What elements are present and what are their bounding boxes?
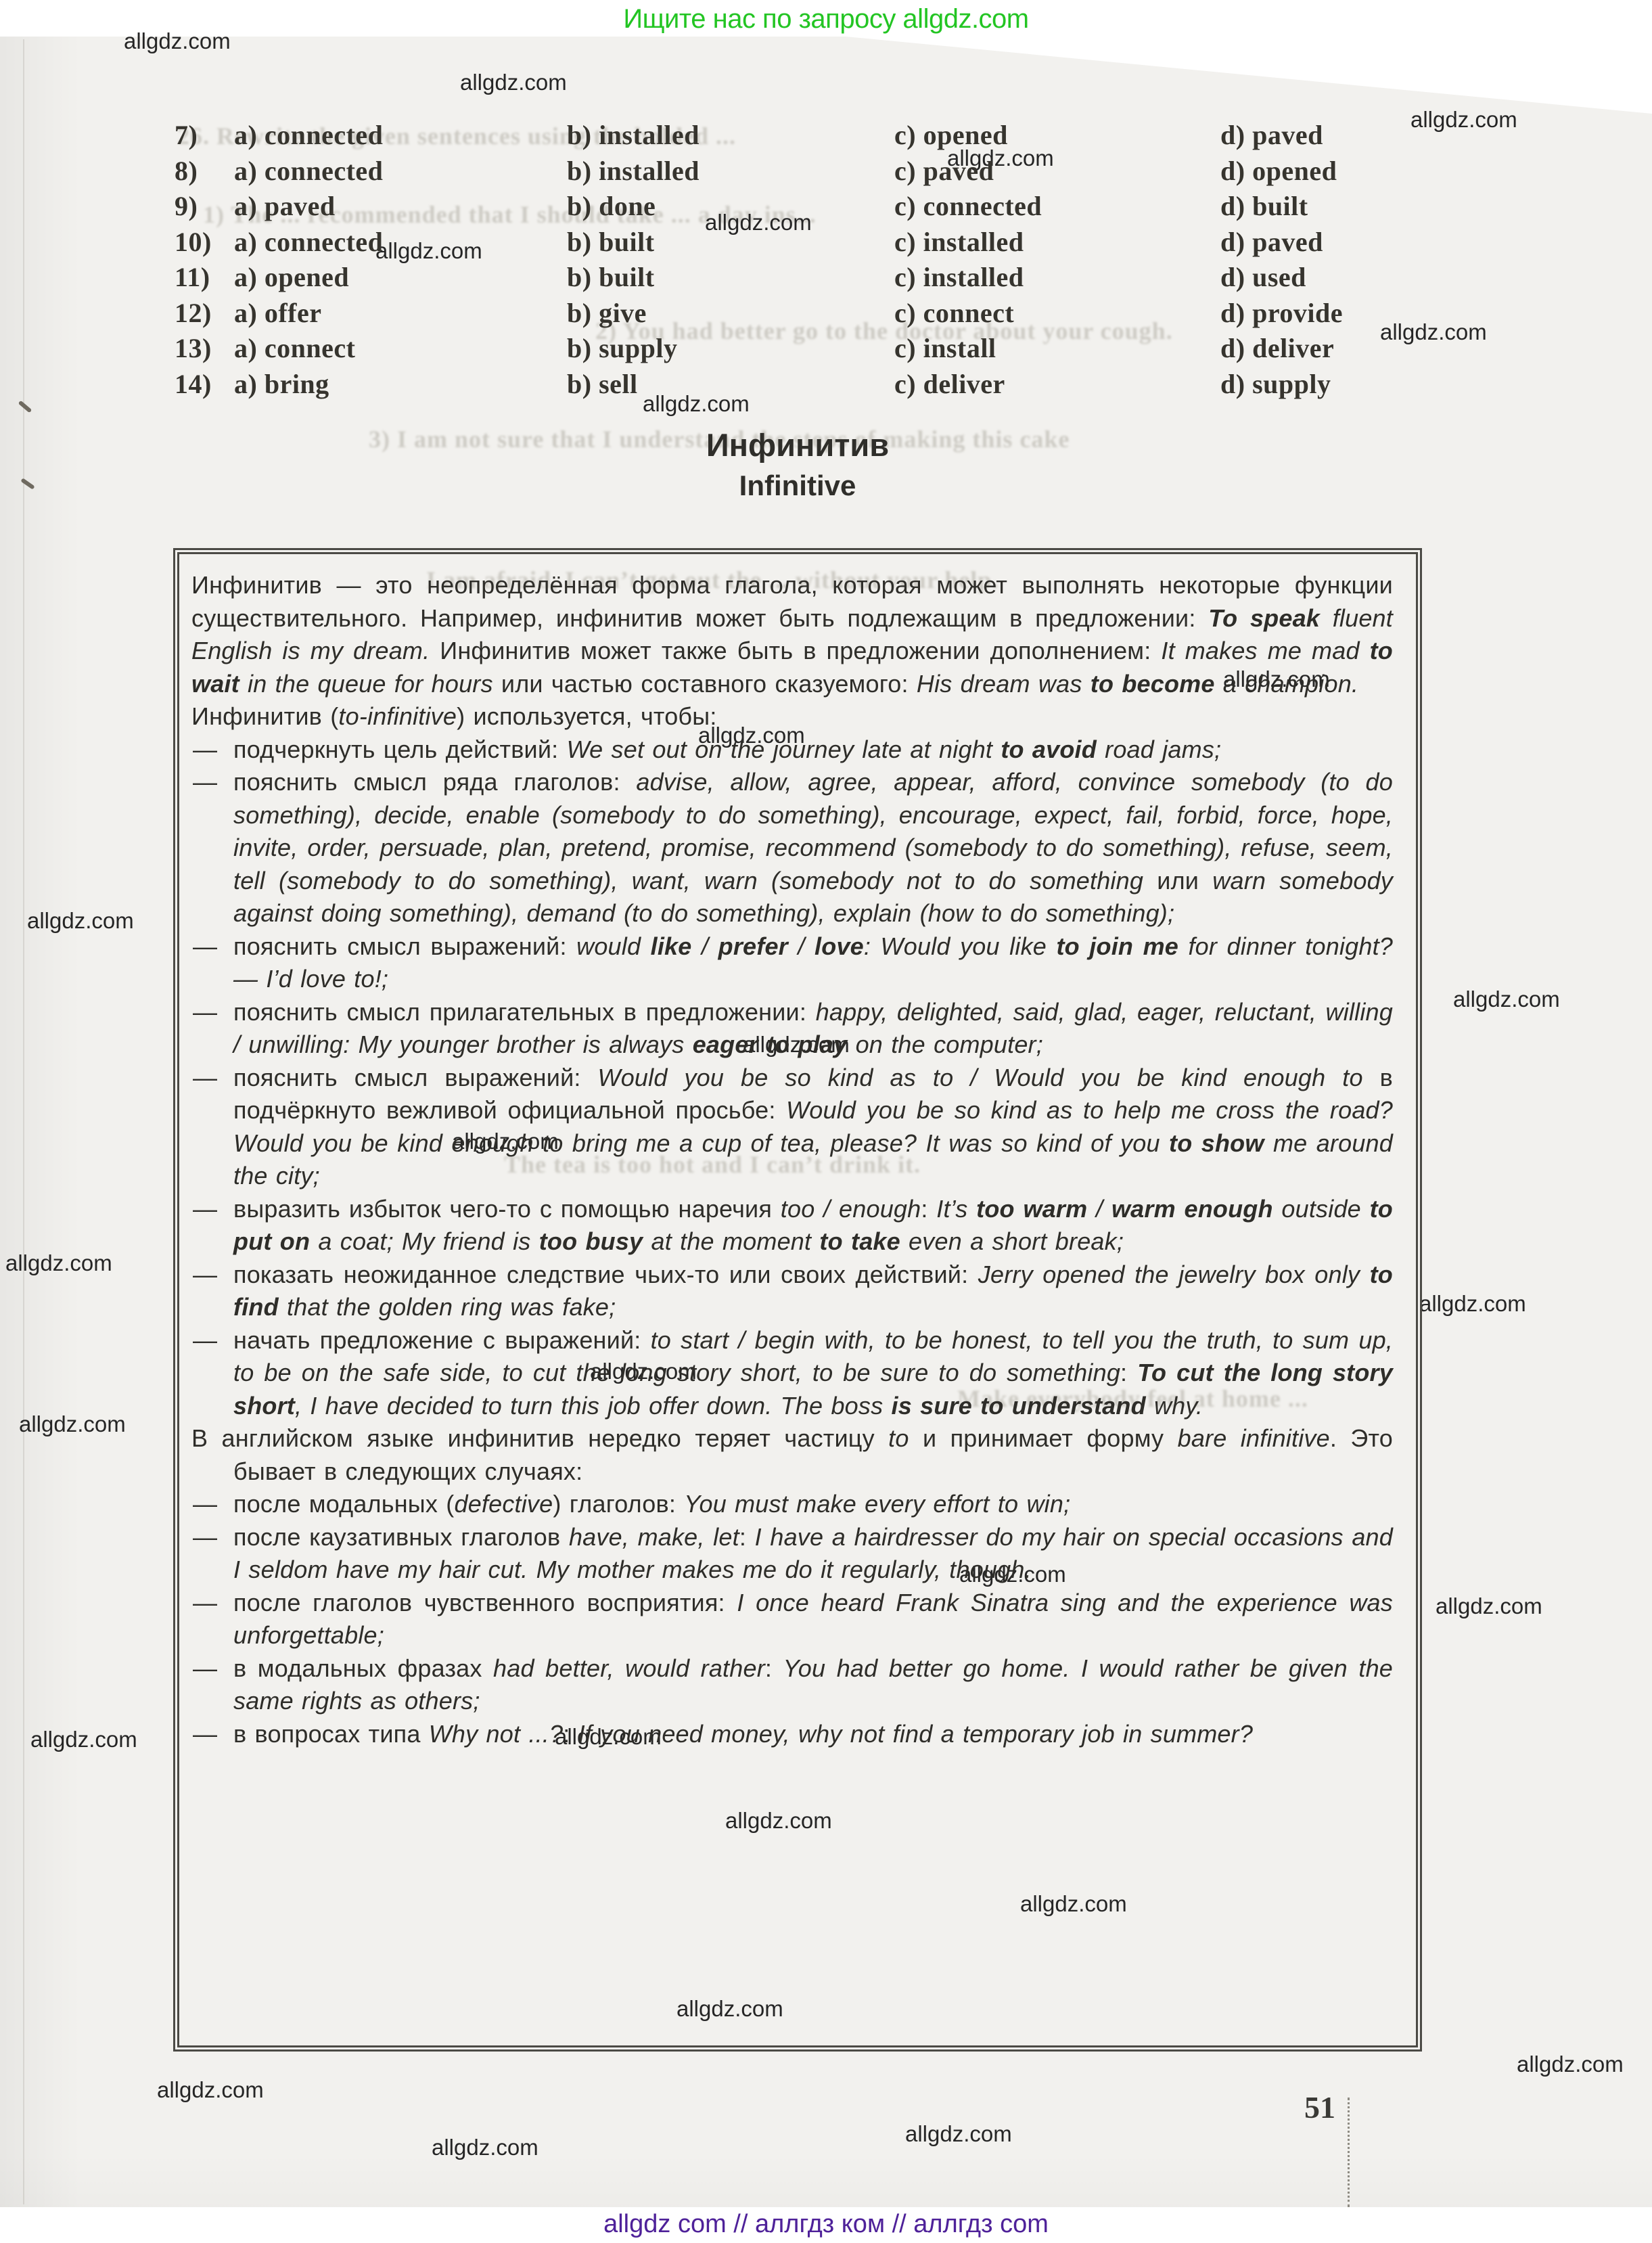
watermark-allgdz: allgdz.com — [1419, 1291, 1526, 1317]
bullet-text: в модальных фразах had better, would rat… — [233, 1654, 1393, 1715]
grammar-rule-box: Инфинитив — это неопределённая форма гла… — [173, 548, 1422, 2052]
option-a: a) connect — [234, 332, 355, 364]
option-b: b) installed — [567, 155, 699, 187]
option-d: d) deliver — [1220, 332, 1334, 364]
bullet-dash: — — [193, 1652, 217, 1685]
bullet-dash: — — [193, 1488, 217, 1521]
bare-infinitive-case-item: —в модальных фразах had better, would ra… — [191, 1652, 1393, 1718]
question-number: 14) — [175, 368, 212, 400]
option-c: c) installed — [894, 261, 1024, 293]
to-infinitive-uses-list: —подчеркнуть цель действий: We set out o… — [191, 733, 1393, 1423]
question-number: 11) — [175, 261, 210, 293]
bullet-dash: — — [193, 1259, 217, 1292]
bullet-text: показать неожиданное следствие чьих-то и… — [233, 1261, 1393, 1321]
option-c: c) deliver — [894, 368, 1005, 400]
watermark-allgdz: allgdz.com — [905, 2121, 1012, 2147]
option-d: d) opened — [1220, 155, 1337, 187]
bullet-text: в вопросах типа Why not ...?: If you nee… — [233, 1720, 1253, 1748]
bullet-text: выразить избыток чего-то с помощью нареч… — [233, 1195, 1393, 1256]
option-c: c) connect — [894, 297, 1014, 329]
section-title-english: Infinitive — [173, 470, 1422, 502]
bare-infinitive-cases-list: —после модальных (defective) глаголов: Y… — [191, 1488, 1393, 1750]
option-c: c) connected — [894, 190, 1042, 222]
bullet-dash: — — [193, 1587, 217, 1620]
infinitive-uses-intro: Инфинитив (to-infinitive) используется, … — [191, 700, 1393, 733]
bullet-text: пояснить смысл ряда глаголов: advise, al… — [233, 768, 1393, 927]
watermark-allgdz: allgdz.com — [375, 238, 482, 264]
bullet-dash: — — [193, 1193, 217, 1226]
watermark-allgdz: allgdz.com — [1410, 107, 1517, 133]
option-a: a) bring — [234, 368, 329, 400]
question-number: 10) — [175, 226, 212, 258]
question-number: 8) — [175, 155, 198, 187]
bullet-dash: — — [193, 930, 217, 964]
bullet-dash: — — [193, 766, 217, 799]
option-d: d) used — [1220, 261, 1306, 293]
option-d: d) supply — [1220, 368, 1331, 400]
bare-infinitive-case-item: —после каузативных глаголов have, make, … — [191, 1521, 1393, 1587]
option-c: c) opened — [894, 119, 1008, 151]
option-b: b) give — [567, 297, 647, 329]
question-number: 13) — [175, 332, 212, 364]
watermark-allgdz: allgdz.com — [27, 908, 134, 934]
bullet-text: после глаголов чувственного восприятия: … — [233, 1589, 1393, 1650]
infinitive-use-item: —начать предложение с выражений: to star… — [191, 1324, 1393, 1423]
watermark-allgdz: allgdz.com — [30, 1727, 137, 1752]
option-a: a) connected — [234, 226, 383, 258]
question-number: 7) — [175, 119, 198, 151]
option-b: b) installed — [567, 119, 699, 151]
bullet-dash: — — [193, 733, 217, 767]
watermark-allgdz: allgdz.com — [643, 391, 750, 417]
option-a: a) opened — [234, 261, 349, 293]
option-d: d) paved — [1220, 226, 1323, 258]
infinitive-use-item: —пояснить смысл ряда глаголов: advise, a… — [191, 766, 1393, 930]
book-spine-fold-line — [23, 39, 24, 2204]
promo-header-text: Ищите нас по запросу allgdz.com — [0, 4, 1652, 35]
bullet-dash: — — [193, 1324, 217, 1357]
bullet-text: пояснить смысл прилагательных в предложе… — [233, 998, 1393, 1059]
option-c: c) paved — [894, 155, 994, 187]
bare-infinitive-intro: В английском языке инфинитив нередко тер… — [191, 1422, 1393, 1488]
watermark-allgdz: allgdz.com — [157, 2077, 264, 2103]
watermark-allgdz: allgdz.com — [705, 210, 812, 235]
option-d: d) provide — [1220, 297, 1343, 329]
bullet-text: пояснить смысл выражений: Would you be s… — [233, 1064, 1393, 1190]
option-d: d) built — [1220, 190, 1308, 222]
infinitive-definition-paragraph: Инфинитив — это неопределённая форма гла… — [191, 569, 1393, 700]
bare-infinitive-case-item: —в вопросах типа Why not ...?: If you ne… — [191, 1718, 1393, 1751]
bleed-through-line: 2) You had better go to the doctor about… — [595, 317, 1173, 345]
option-a: a) paved — [234, 190, 336, 222]
watermark-allgdz: allgdz.com — [432, 2135, 538, 2160]
page-edge-dotted-line — [1348, 2098, 1350, 2207]
infinitive-use-item: —подчеркнуть цель действий: We set out o… — [191, 733, 1393, 767]
bullet-dash: — — [193, 996, 217, 1029]
watermark-allgdz: allgdz.com — [124, 28, 231, 54]
question-number: 12) — [175, 297, 212, 329]
scanned-textbook-page: Ищите нас по запросу allgdz.com 26. Rewr… — [0, 0, 1652, 2243]
bare-infinitive-case-item: —после глаголов чувственного восприятия:… — [191, 1587, 1393, 1652]
watermark-allgdz: allgdz.com — [1453, 987, 1560, 1012]
option-b: b) built — [567, 261, 655, 293]
bullet-text: после каузативных глаголов have, make, l… — [233, 1523, 1393, 1584]
bullet-text: пояснить смысл выражений: would like / p… — [233, 932, 1393, 993]
option-a: a) offer — [234, 297, 321, 329]
watermark-allgdz: allgdz.com — [5, 1250, 112, 1276]
infinitive-use-item: —выразить избыток чего-то с помощью наре… — [191, 1193, 1393, 1259]
watermark-allgdz: allgdz.com — [460, 70, 567, 95]
infinitive-use-item: —показать неожиданное следствие чьих-то … — [191, 1259, 1393, 1324]
page-number: 51 — [1304, 2089, 1335, 2125]
option-b: b) done — [567, 190, 656, 222]
bullet-dash: — — [193, 1521, 217, 1554]
question-number: 9) — [175, 190, 198, 222]
bullet-text: начать предложение с выражений: to start… — [233, 1326, 1393, 1420]
infinitive-use-item: —пояснить смысл выражений: Would you be … — [191, 1062, 1393, 1193]
bare-infinitive-case-item: —после модальных (defective) глаголов: Y… — [191, 1488, 1393, 1521]
watermark-allgdz: allgdz.com — [1436, 1593, 1542, 1619]
bullet-dash: — — [193, 1062, 217, 1095]
option-b: b) sell — [567, 368, 638, 400]
option-a: a) connected — [234, 155, 383, 187]
bullet-text: подчеркнуть цель действий: We set out on… — [233, 735, 1221, 763]
option-c: c) install — [894, 332, 996, 364]
option-c: c) installed — [894, 226, 1024, 258]
option-d: d) paved — [1220, 119, 1323, 151]
infinitive-use-item: —пояснить смысл прилагательных в предлож… — [191, 996, 1393, 1062]
infinitive-use-item: —пояснить смысл выражений: would like / … — [191, 930, 1393, 996]
watermark-allgdz: allgdz.com — [1380, 319, 1487, 345]
bullet-text: после модальных (defective) глаголов: Yo… — [233, 1490, 1070, 1518]
site-footer-text: allgdz com // аллгдз ком // аллгдз com — [0, 2210, 1652, 2239]
bullet-dash: — — [193, 1718, 217, 1751]
option-b: b) built — [567, 226, 655, 258]
watermark-allgdz: allgdz.com — [1517, 2052, 1624, 2077]
watermark-allgdz: allgdz.com — [19, 1411, 126, 1437]
option-a: a) connected — [234, 119, 383, 151]
section-title-russian: Инфинитив — [173, 426, 1422, 463]
option-b: b) supply — [567, 332, 677, 364]
